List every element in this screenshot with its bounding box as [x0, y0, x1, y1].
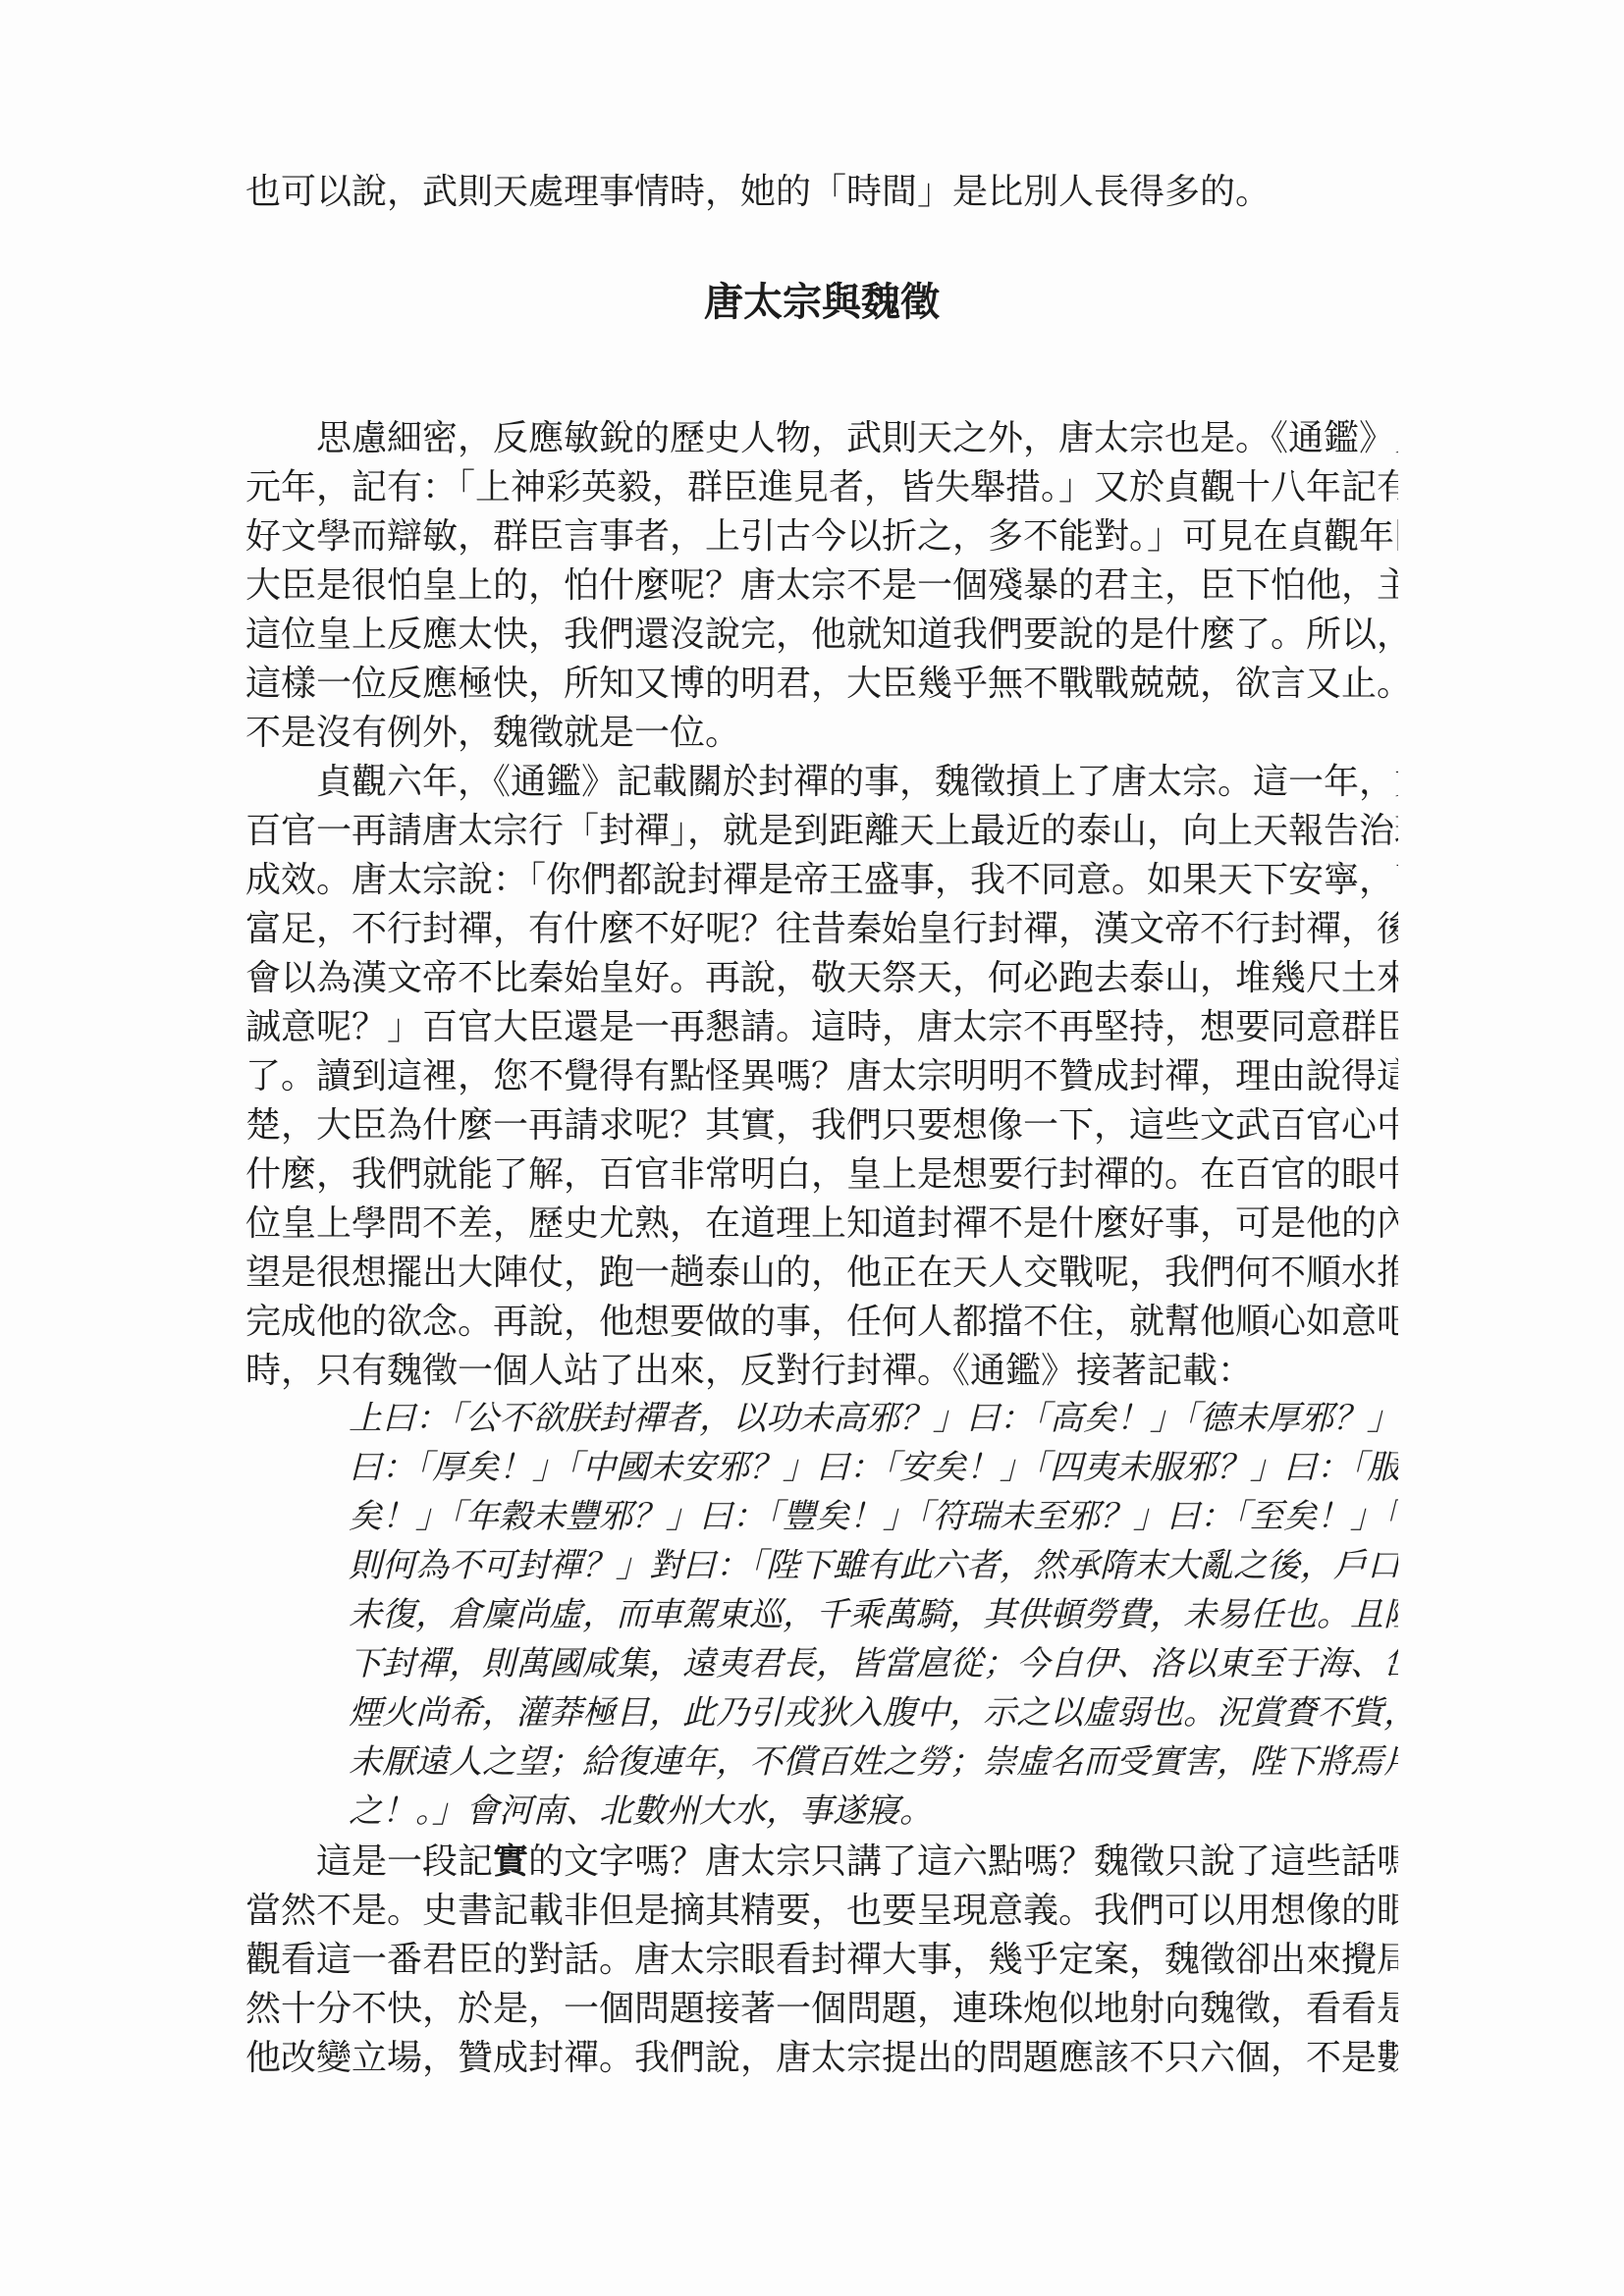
- quote-line: 未厭遠人之望；給復連年，不償百姓之勞；崇虛名而受實害，陛下將焉用: [349, 1738, 1398, 1788]
- text-line: 大臣是很怕皇上的，怕什麼呢？唐太宗不是一個殘暴的君主，臣下怕他，主要是: [245, 561, 1398, 610]
- text-line: 這樣一位反應極快，所知又博的明君，大臣幾乎無不戰戰兢兢，欲言又止。然而，: [245, 659, 1398, 708]
- quote-line: 之！。」會河南、北數州大水，事遂寢。: [349, 1788, 1398, 1837]
- text-line: 誠意呢？」百官大臣還是一再懇請。這時，唐太宗不再堅持，想要同意群臣所請: [245, 1002, 1398, 1051]
- text-line: 什麼，我們就能了解，百官非常明白，皇上是想要行封禪的。在百官的眼中，這: [245, 1149, 1398, 1199]
- quote-line: 曰：「厚矣！」「中國未安邪？」曰：「安矣！」「四夷未服邪？」曰：「服: [349, 1444, 1398, 1493]
- emphasis-char: 實: [493, 1842, 528, 1881]
- text-line: 時，只有魏徵一個人站了出來，反對行封禪。《通鑑》接著記載：: [245, 1346, 1398, 1395]
- text-line: 位皇上學問不差，歷史尤熟，在道理上知道封禪不是什麼好事，可是他的內心欲: [245, 1199, 1398, 1248]
- text-line: 成效。唐太宗說：「你們都說封禪是帝王盛事，我不同意。如果天下安寧，百姓: [245, 855, 1398, 904]
- text-line: 好文學而辯敏，群臣言事者，上引古今以折之，多不能對。」可見在貞觀年間，: [245, 511, 1398, 561]
- intro-line: 也可以說，武則天處理事情時，她的「時間」是比別人長得多的。: [245, 167, 1398, 216]
- text-line: 完成他的欲念。再說，他想要做的事，任何人都擋不住，就幫他順心如意吧。這: [245, 1297, 1398, 1346]
- text-line: 不是沒有例外，魏徵就是一位。: [245, 708, 1398, 757]
- quote-line: 則何為不可封禪？」對曰：「陛下雖有此六者，然承隋末大亂之後，戶口: [349, 1542, 1398, 1591]
- text-line: 望是很想擺出大陣仗，跑一趟泰山的，他正在天人交戰呢，我們何不順水推舟，: [245, 1248, 1398, 1297]
- text-segment: 的文字嗎？唐太宗只講了這六點嗎？魏徵只說了這些話嗎？: [528, 1842, 1398, 1881]
- text-line: 觀看這一番君臣的對話。唐太宗眼看封禪大事，幾乎定案，魏徵卻出來攪局，必: [245, 1935, 1398, 1984]
- text-line: 元年，記有：「上神彩英毅，群臣進見者，皆失舉措。」又於貞觀十八年記有：「上: [245, 462, 1398, 511]
- text-line: 當然不是。史書記載非但是摘其精要，也要呈現意義。我們可以用想像的眼睛，: [245, 1886, 1398, 1935]
- document-page: 也可以說，武則天處理事情時，她的「時間」是比別人長得多的。 唐太宗與魏徵 思慮細…: [0, 0, 1624, 2296]
- paragraph-1: 思慮細密，反應敏銳的歷史人物，武則天之外，唐太宗也是。《通鑑》貞觀 元年，記有：…: [245, 413, 1398, 757]
- text-line: 百官一再請唐太宗行「封禪」，就是到距離天上最近的泰山，向上天報告治理的: [245, 806, 1398, 855]
- text-line: 這是一段記實的文字嗎？唐太宗只講了這六點嗎？魏徵只說了這些話嗎？: [245, 1837, 1398, 1886]
- text-line: 這位皇上反應太快，我們還沒說完，他就知道我們要說的是什麼了。所以，面對: [245, 610, 1398, 659]
- quote-line: 未復，倉廩尚虛，而車駕東巡，千乘萬騎，其供頓勞費，未易任也。且陛: [349, 1591, 1398, 1640]
- text-line: 思慮細密，反應敏銳的歷史人物，武則天之外，唐太宗也是。《通鑑》貞觀: [245, 413, 1398, 462]
- text-line: 楚，大臣為什麼一再請求呢？其實，我們只要想像一下，這些文武百官心中想些: [245, 1100, 1398, 1149]
- text-line: 富足，不行封禪，有什麼不好呢？往昔秦始皇行封禪，漢文帝不行封禪，後世不: [245, 904, 1398, 953]
- paragraph-2: 貞觀六年，《通鑑》記載關於封禪的事，魏徵摃上了唐太宗。這一年，文武 百官一再請唐…: [245, 757, 1398, 1395]
- text-line: 然十分不快，於是，一個問題接著一個問題，連珠炮似地射向魏徵，看看是否讓: [245, 1984, 1398, 2033]
- classical-quote-block: 上曰：「公不欲朕封禪者，以功未高邪？」曰：「高矣！」「德未厚邪？」 曰：「厚矣！…: [349, 1395, 1398, 1837]
- text-line: 貞觀六年，《通鑑》記載關於封禪的事，魏徵摃上了唐太宗。這一年，文武: [245, 757, 1398, 806]
- paragraph-3: 這是一段記實的文字嗎？唐太宗只講了這六點嗎？魏徵只說了這些話嗎？ 當然不是。史書…: [245, 1837, 1398, 2082]
- quote-line: 矣！」「年穀未豐邪？」曰：「豐矣！」「符瑞未至邪？」曰：「至矣！」「然: [349, 1493, 1398, 1542]
- quote-line: 煙火尚希，灌莽極目，此乃引戎狄入腹中，示之以虛弱也。況賞賚不貲，: [349, 1689, 1398, 1738]
- text-line: 他改變立場，贊成封禪。我們說，唐太宗提出的問題應該不只六個，不是數目究: [245, 2033, 1398, 2082]
- text-line: 了。讀到這裡，您不覺得有點怪異嗎？唐太宗明明不贊成封禪，理由說得這麼清: [245, 1051, 1398, 1100]
- quote-line: 下封禪，則萬國咸集，遠夷君長，皆當扈從；今自伊、洛以東至于海、岱，: [349, 1640, 1398, 1689]
- quote-line: 上曰：「公不欲朕封禪者，以功未高邪？」曰：「高矣！」「德未厚邪？」: [349, 1395, 1398, 1444]
- text-line: 會以為漢文帝不比秦始皇好。再說，敬天祭天，何必跑去泰山，堆幾尺土來顯示: [245, 953, 1398, 1002]
- section-title: 唐太宗與魏徵: [245, 275, 1398, 330]
- text-segment: 這是一段記: [316, 1842, 493, 1881]
